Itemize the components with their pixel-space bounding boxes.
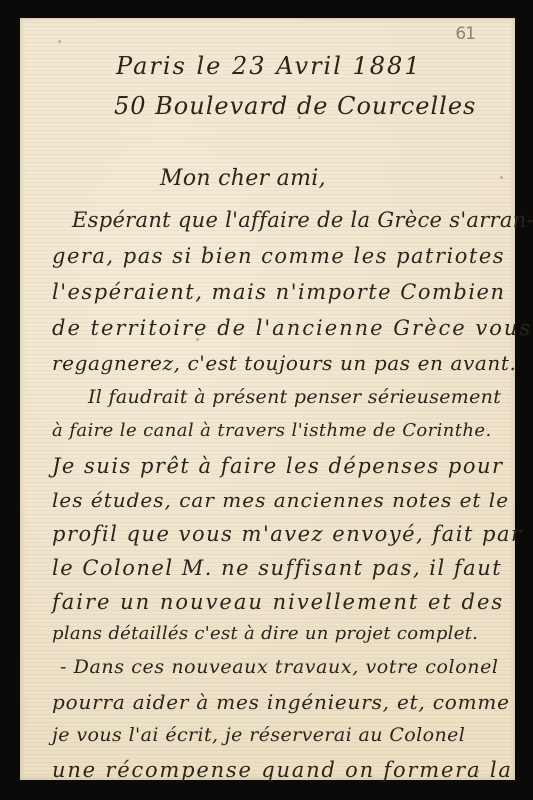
place-date: Paris le 23 Avril 1881 — [116, 52, 422, 80]
body-line: à faire le canal à travers l'isthme de C… — [52, 420, 492, 441]
body-line: - Dans ces nouveaux travaux, votre colon… — [60, 656, 499, 678]
body-line: gera, pas si bien comme les patriotes — [52, 244, 505, 268]
body-line: de territoire de l'ancienne Grèce vous — [52, 316, 532, 340]
body-line: l'espéraient, mais n'importe Combien — [52, 280, 506, 304]
body-line: une récompense quand on formera la — [52, 758, 513, 782]
paper-spot — [476, 770, 479, 773]
address: 50 Boulevard de Courcelles — [114, 92, 476, 120]
body-line: le Colonel M. ne suffisant pas, il faut — [52, 556, 502, 580]
body-line: Je suis prêt à faire les dépenses pour — [52, 454, 504, 478]
body-line: regagnerez, c'est toujours un pas en ava… — [52, 351, 517, 375]
folio-number: 61 — [455, 24, 475, 44]
paper-spot — [58, 40, 61, 43]
paper-spot — [196, 338, 199, 341]
body-line: je vous l'ai écrit, je réserverai au Col… — [52, 724, 465, 746]
body-line: pourra aider à mes ingénieurs, et, comme — [52, 690, 510, 714]
body-line: Espérant que l'affaire de la Grèce s'arr… — [72, 208, 533, 232]
body-line: plans détaillés c'est à dire un projet c… — [52, 623, 478, 644]
letter-page: 61 Paris le 23 Avril 1881 50 Boulevard d… — [20, 18, 515, 780]
salutation: Mon cher ami, — [160, 166, 326, 191]
body-line: Il faudrait à présent penser sérieusemen… — [88, 386, 501, 408]
paper-spot — [500, 176, 503, 179]
body-line: profil que vous m'avez envoyé, fait par — [52, 522, 523, 546]
body-line: faire un nouveau nivellement et des — [52, 590, 504, 614]
paper-spot — [298, 116, 301, 119]
body-line: les études, car mes anciennes notes et l… — [52, 488, 509, 512]
